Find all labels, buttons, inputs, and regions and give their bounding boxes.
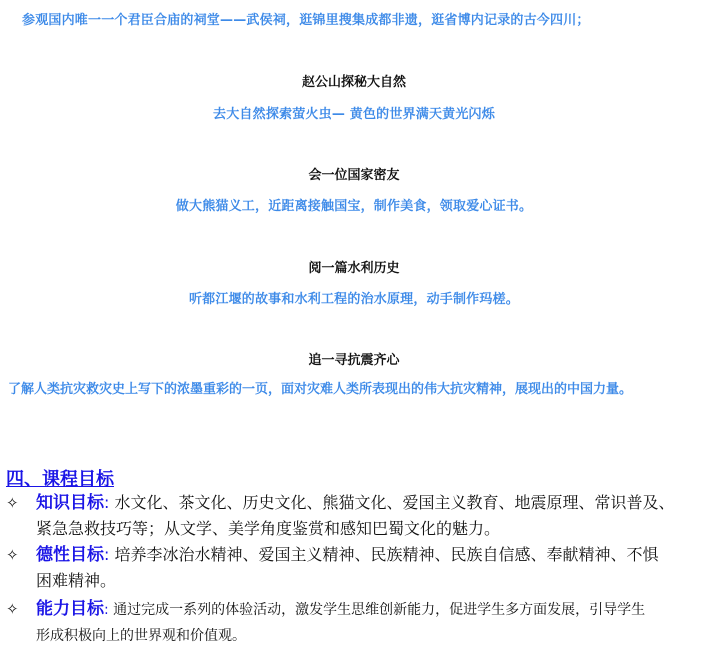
activity-title: 赵公山探秘大自然 (0, 71, 708, 90)
activity-title: 阅一篇水利历史 (0, 257, 708, 276)
intro-line: 参观国内唯一一个君臣合庙的祠堂——武侯祠，逛锦里搜集成都非遗，逛省博内记录的古今… (22, 9, 590, 28)
activity-desc: 去大自然探索萤火虫— 黄色的世界满天黄光闪烁 (0, 103, 708, 122)
goal-text-cont: 困难精神。 (6, 568, 696, 594)
activity-title: 会一位国家密友 (0, 164, 708, 183)
activity-desc: 了解人类抗灾救灾史上写下的浓墨重彩的一页，面对灾难人类所表现出的伟大抗灾精神，展… (8, 374, 703, 405)
goal-item-virtue: ✧德性目标: 培养李冰治水精神、爱国主义精神、民族精神、民族自信感、奉献精神、不… (6, 542, 696, 594)
diamond-star-icon: ✧ (6, 542, 36, 568)
goal-text-cont: 形成积极向上的世界观和价值观。 (6, 623, 696, 648)
diamond-star-icon: ✧ (6, 490, 36, 516)
goal-text-cont: 紧急急救技巧等；从文学、美学角度鉴赏和感知巴蜀文化的魅力。 (6, 516, 696, 542)
goal-label: 知识目标 (36, 493, 104, 513)
section-title: 四、课程目标 (6, 465, 114, 491)
goal-text: 水文化、茶文化、历史文化、熊猫文化、爱国主义教育、地震原理、常识普及、 (109, 493, 674, 512)
goal-item-ability: ✧能力目标: 通过完成一系列的体验活动，激发学生思维创新能力，促进学生多方面发展… (6, 596, 696, 648)
activity-desc: 做大熊猫义工，近距离接触国宝，制作美食，领取爱心证书。 (0, 195, 708, 214)
goal-item-knowledge: ✧知识目标: 水文化、茶文化、历史文化、熊猫文化、爱国主义教育、地震原理、常识普… (6, 490, 696, 542)
goal-label: 德性目标 (36, 545, 104, 565)
activity-desc: 听都江堰的故事和水利工程的治水原理，动手制作玛槎。 (0, 288, 708, 307)
activity-title: 追一寻抗震齐心 (0, 349, 708, 368)
goal-text: 培养李冰治水精神、爱国主义精神、民族精神、民族自信感、奉献精神、不惧 (109, 545, 658, 564)
diamond-star-icon: ✧ (6, 596, 36, 622)
goal-label: 能力目标 (36, 599, 104, 619)
goal-text: 通过完成一系列的体验活动，激发学生思维创新能力，促进学生多方面发展，引导学生 (109, 602, 645, 618)
